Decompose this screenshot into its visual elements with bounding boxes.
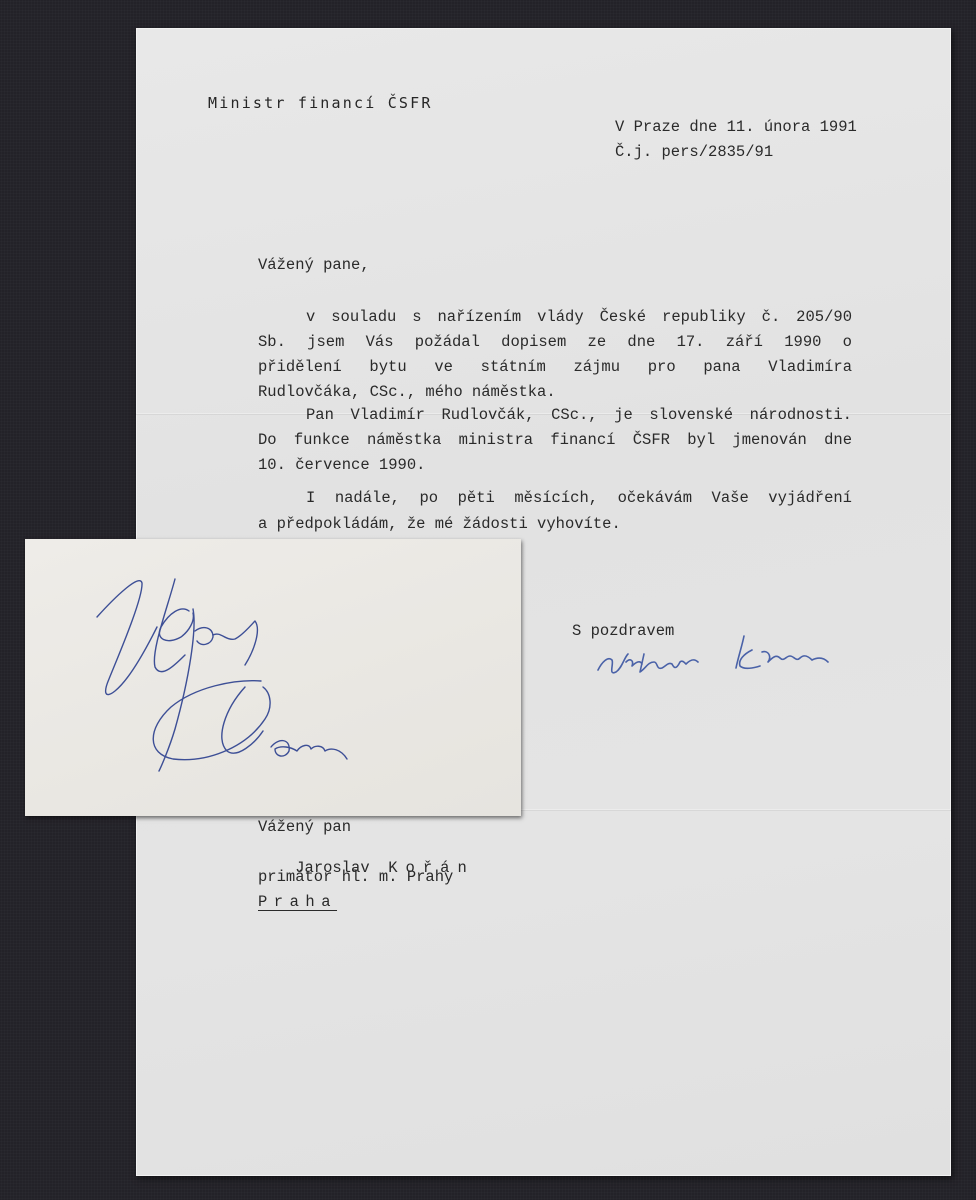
card-signature xyxy=(85,569,445,799)
autograph-card xyxy=(25,539,521,816)
addressee-title: primátor hl. m. Prahy xyxy=(258,870,453,886)
paragraph-1-line: přidělení bytu ve státním zájmu pro pana… xyxy=(258,360,852,376)
paragraph-1-line: Rudlovčáka, CSc., mého náměstka. xyxy=(258,385,556,401)
letter-signature xyxy=(596,632,856,682)
paragraph-2-line: Pan Vladimír Rudlovčák, CSc., je slovens… xyxy=(306,408,852,424)
place-date: V Praze dne 11. února 1991 xyxy=(615,120,857,136)
salutation: Vážený pane, xyxy=(258,258,370,274)
paragraph-1-line: Sb. jsem Vás požádal dopisem ze dne 17. … xyxy=(258,335,852,351)
sender-heading: Ministr financí ČSFR xyxy=(208,96,433,111)
paragraph-1-line: v souladu s nařízením vlády České republ… xyxy=(306,310,852,326)
addressee-city: Praha xyxy=(258,895,337,911)
reference-number: Č.j. pers/2835/91 xyxy=(615,145,773,161)
paragraph-2-line: Do funkce náměstka ministra financí ČSFR… xyxy=(258,433,852,449)
addressee-salutation: Vážený pan xyxy=(258,820,351,836)
paragraph-2-line: 10. července 1990. xyxy=(258,458,425,474)
paragraph-3-line: a předpokládám, že mé žádosti vyhovíte. xyxy=(258,517,621,533)
paragraph-3-line: I nadále, po pěti měsících, očekávám Vaš… xyxy=(306,491,852,507)
